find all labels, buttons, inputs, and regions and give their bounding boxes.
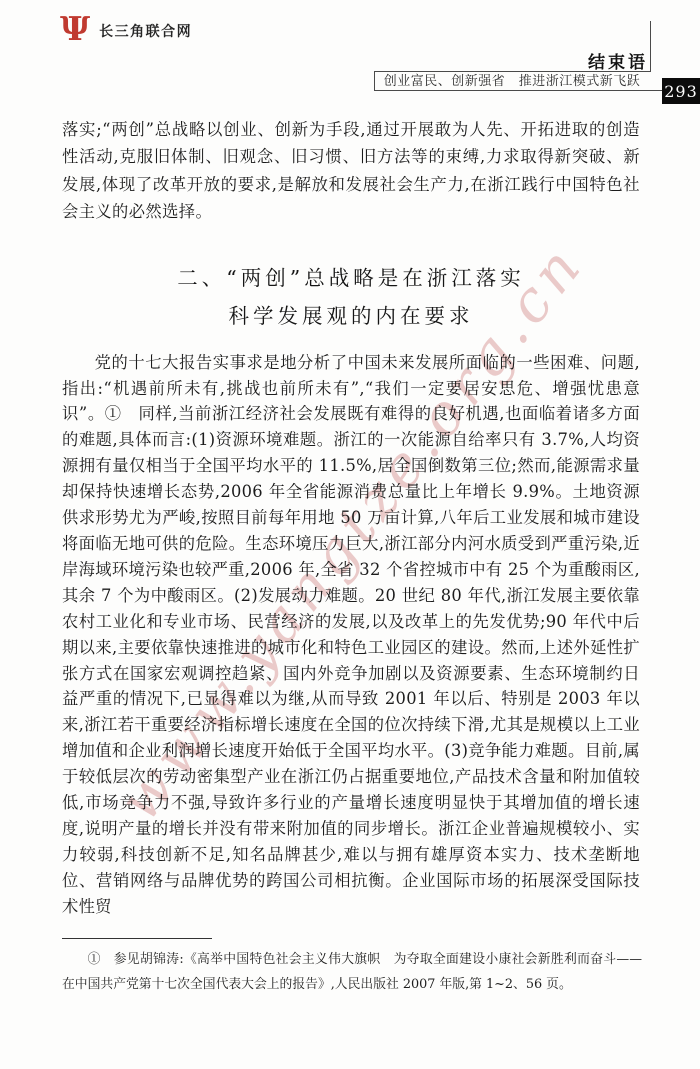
site-logo: Ψ 长三角联合网 [60, 14, 192, 47]
section-heading-line2: 科学发展观的内在要求 [229, 304, 474, 328]
logo-icon: Ψ [60, 12, 90, 45]
body-text: 落实;“两创”总战略以创业、创新为手段,通过开展敢为人先、开拓进取的创造性活动,… [62, 116, 640, 920]
header-rule-bottom [374, 90, 663, 91]
running-title: 创业富民、创新强省 推进浙江模式新飞跃 [376, 73, 648, 90]
chapter-title: 结束语 [588, 48, 648, 73]
section-heading-line1: 二、“两创”总战略是在浙江落实 [177, 266, 524, 290]
section-heading: 二、“两创”总战略是在浙江落实 科学发展观的内在要求 [62, 259, 640, 335]
footnote-separator [62, 938, 212, 939]
header-rule-left [374, 71, 375, 91]
paragraph-main: 党的十七大报告实事求是地分析了中国未来发展所面临的一些困难、问题,指出:“机遇前… [62, 350, 640, 920]
header-vertical-rule [650, 21, 651, 72]
footnote-text: ① 参见胡锦涛:《高举中国特色社会主义伟大旗帜 为夺取全面建设小康社会新胜利而奋… [62, 947, 642, 997]
paragraph-continued: 落实;“两创”总战略以创业、创新为手段,通过开展敢为人先、开拓进取的创造性活动,… [62, 116, 640, 226]
book-page: www.yangtze.org.cn Ψ 长三角联合网 结束语 创业富民、创新强… [0, 0, 700, 1069]
page-number: 293 [664, 82, 698, 101]
page-number-badge: 293 [662, 78, 700, 104]
logo-label: 长三角联合网 [99, 21, 192, 41]
header-rule-top [374, 71, 651, 72]
